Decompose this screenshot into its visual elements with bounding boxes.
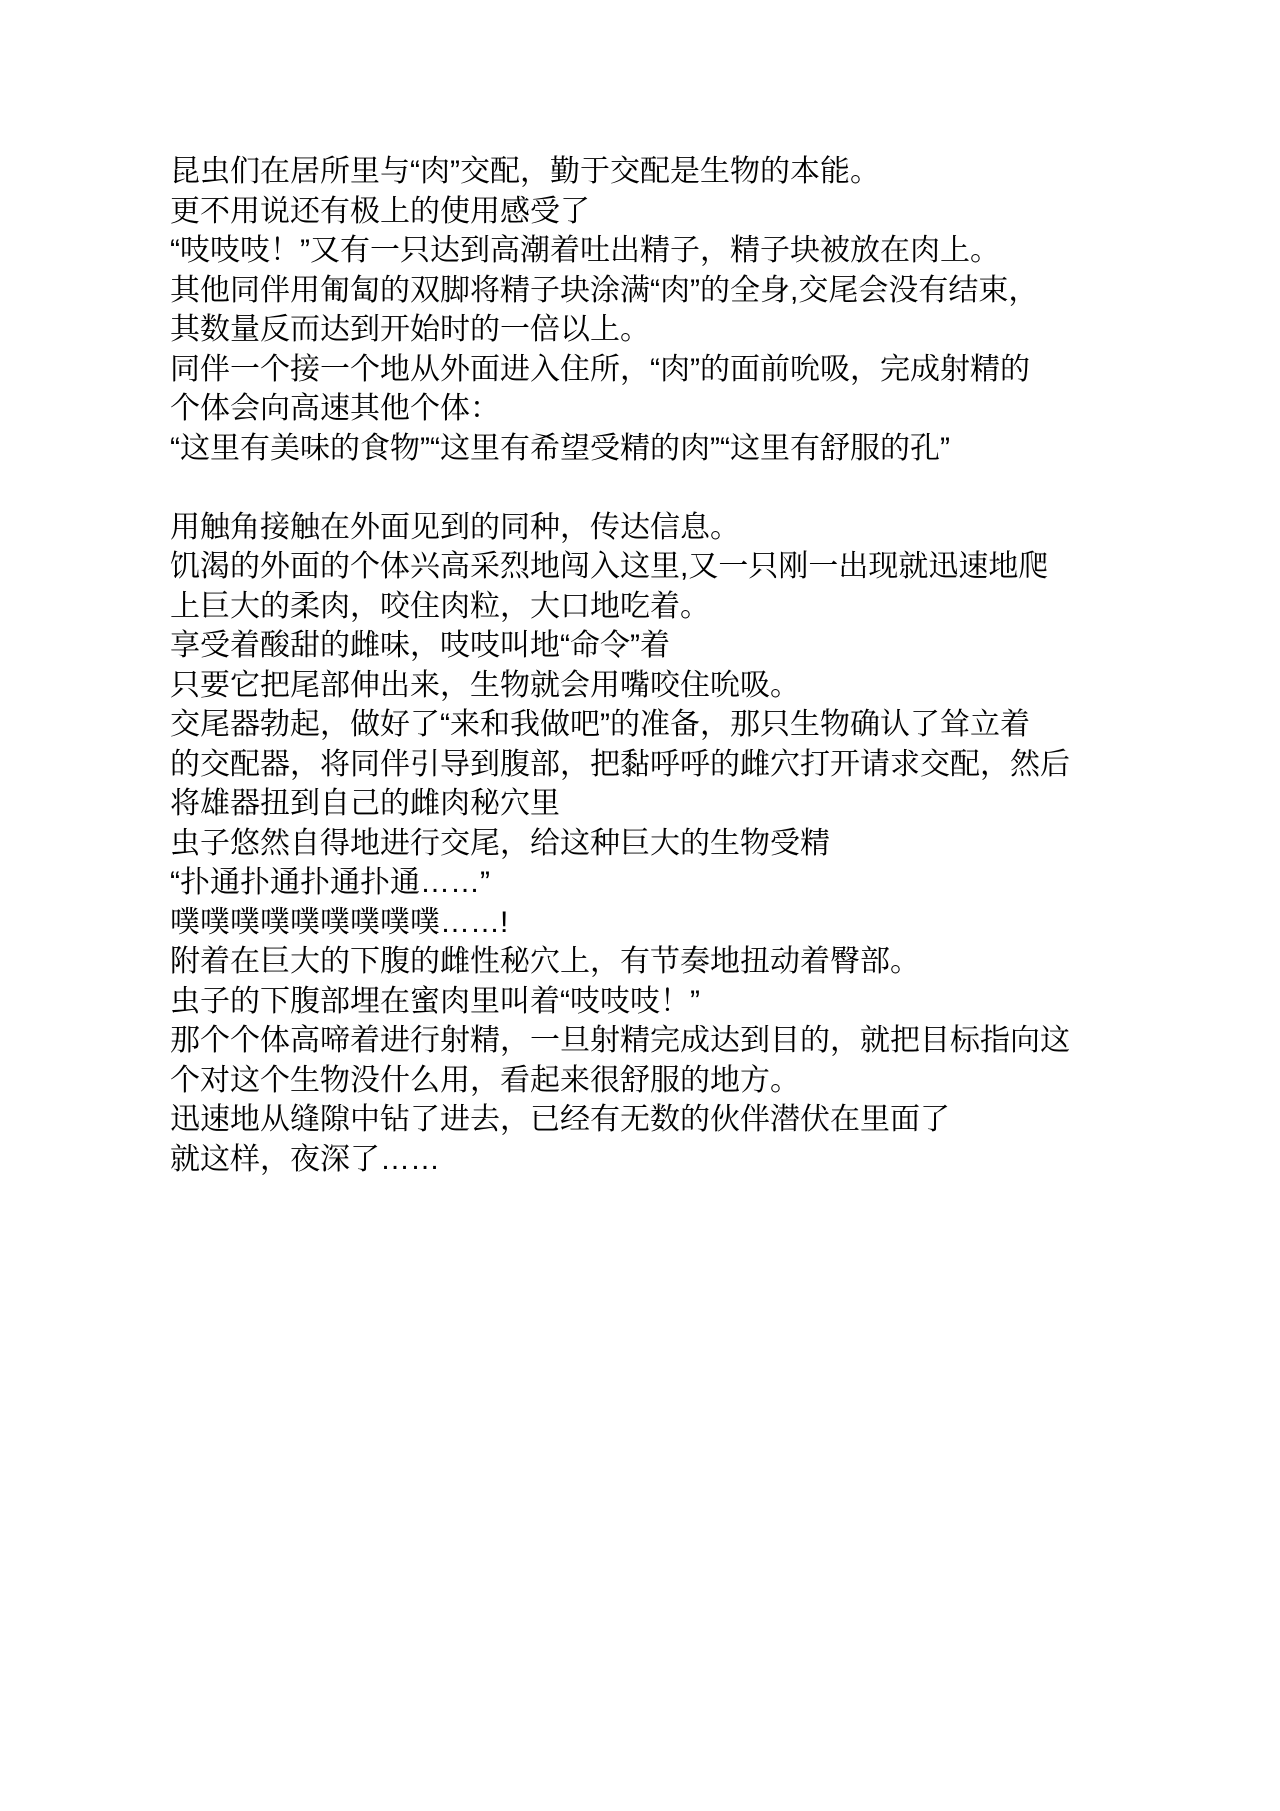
document-page: 昆虫们在居所里与“肉”交配，勤于交配是生物的本能。 更不用说还有极上的使用感受了… bbox=[0, 0, 1280, 1811]
text-line: 同伴一个接一个地从外面进入住所，“肉”的面前吮吸，完成射精的 bbox=[170, 350, 1130, 390]
text-line: “这里有美味的食物”“这里有希望受精的肉”“这里有舒服的孔” bbox=[170, 429, 1130, 469]
text-line: 的交配器，将同伴引导到腹部，把黏呼呼的雌穴打开请求交配，然后 bbox=[170, 745, 1130, 785]
text-line: 只要它把尾部伸出来，生物就会用嘴咬住吮吸。 bbox=[170, 666, 1130, 706]
blank-line bbox=[170, 468, 1130, 508]
text-line: “扑通扑通扑通扑通……” bbox=[170, 863, 1130, 903]
text-block: 昆虫们在居所里与“肉”交配，勤于交配是生物的本能。 更不用说还有极上的使用感受了… bbox=[170, 152, 1130, 1179]
text-line: 虫子的下腹部埋在蜜肉里叫着“吱吱吱！” bbox=[170, 982, 1130, 1022]
text-line: 附着在巨大的下腹的雌性秘穴上，有节奏地扭动着臀部。 bbox=[170, 942, 1130, 982]
text-line: 交尾器勃起，做好了“来和我做吧”的准备，那只生物确认了耸立着 bbox=[170, 705, 1130, 745]
text-line: 更不用说还有极上的使用感受了 bbox=[170, 192, 1130, 232]
text-line: 饥渴的外面的个体兴高采烈地闯入这里,又一只刚一出现就迅速地爬 bbox=[170, 547, 1130, 587]
text-line: 个体会向高速其他个体： bbox=[170, 389, 1130, 429]
text-line: 迅速地从缝隙中钻了进去，已经有无数的伙伴潜伏在里面了 bbox=[170, 1100, 1130, 1140]
text-line: 就这样，夜深了…… bbox=[170, 1140, 1130, 1180]
text-line: 那个个体高啼着进行射精，一旦射精完成达到目的，就把目标指向这 bbox=[170, 1021, 1130, 1061]
text-line: 上巨大的柔肉，咬住肉粒，大口地吃着。 bbox=[170, 587, 1130, 627]
text-line: 享受着酸甜的雌味，吱吱叫地“命令”着 bbox=[170, 626, 1130, 666]
text-line: 其他同伴用匍匐的双脚将精子块涂满“肉”的全身,交尾会没有结束， bbox=[170, 271, 1130, 311]
text-line: 昆虫们在居所里与“肉”交配，勤于交配是生物的本能。 bbox=[170, 152, 1130, 192]
text-line: 噗噗噗噗噗噗噗噗噗……! bbox=[170, 903, 1130, 943]
text-line: 将雄器扭到自己的雌肉秘穴里 bbox=[170, 784, 1130, 824]
text-line: “吱吱吱！”又有一只达到高潮着吐出精子，精子块被放在肉上。 bbox=[170, 231, 1130, 271]
text-line: 虫子悠然自得地进行交尾，给这种巨大的生物受精 bbox=[170, 824, 1130, 864]
text-line: 个对这个生物没什么用，看起来很舒服的地方。 bbox=[170, 1061, 1130, 1101]
text-line: 其数量反而达到开始时的一倍以上。 bbox=[170, 310, 1130, 350]
text-line: 用触角接触在外面见到的同种，传达信息。 bbox=[170, 508, 1130, 548]
